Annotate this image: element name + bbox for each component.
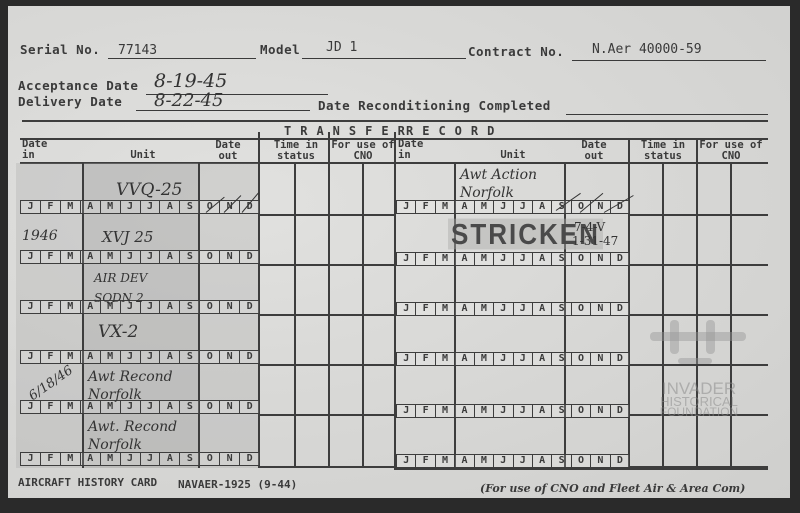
delivery-label: Delivery Date <box>18 94 122 109</box>
transfer-title-right: RECORD <box>406 124 503 138</box>
strike-date-1: 7-4-V <box>574 220 605 234</box>
row-sep-left-2 <box>258 264 394 266</box>
strike-date-2: 1-31-47 <box>572 234 618 248</box>
header-cno-right: For use of CNO <box>698 140 764 162</box>
month-strip-right-5: JFMAMJJASOND <box>396 404 630 418</box>
header-date-out-left: Date out <box>208 140 248 162</box>
month-strip-left-6: JFMAMJJASOND <box>20 452 260 466</box>
form-number: NAVAER-1925 (9-44) <box>178 478 297 491</box>
acceptance-value: 8-19-45 <box>154 70 227 92</box>
right-row-1-unit: Awt Action Norfolk <box>460 166 570 202</box>
aircraft-history-card: Serial No. 77143 Model JD 1 Contract No.… <box>8 6 790 498</box>
month-strip-left-4: JFMAMJJASOND <box>20 350 260 364</box>
reconditioning-label: Date Reconditioning Completed <box>318 98 551 113</box>
form-name: AIRCRAFT HISTORY CARD <box>18 476 157 489</box>
delivery-value: 8-22-45 <box>154 90 223 111</box>
left-row-6-unit: Awt. Recond Norfolk <box>88 418 188 454</box>
contract-value: N.Aer 40000-59 <box>592 42 702 57</box>
left-row-3-unit: AIR DEV SQDN 2 <box>94 268 174 308</box>
row-sep-right-2 <box>628 264 768 266</box>
vline-left-time-end <box>328 132 330 468</box>
left-row-2-date-in: 1946 <box>22 228 58 244</box>
row-sep-left-5 <box>258 414 394 416</box>
header-time-status-right: Time in status <box>630 140 696 162</box>
airplane-watermark-icon <box>648 316 748 366</box>
header-unit-right: Unit <box>458 150 568 161</box>
row-sep-left-6 <box>258 466 394 468</box>
header-cno-left: For use of CNO <box>330 140 396 162</box>
contract-label: Contract No. <box>468 44 564 59</box>
serial-underline <box>108 58 256 59</box>
header-unit-left: Unit <box>88 150 198 161</box>
title-top-rule <box>22 120 768 122</box>
header-date-in-left: Date in <box>22 139 52 161</box>
header-date-in-right: Date in <box>398 139 428 161</box>
footer-note: (For use of CNO and Fleet Air & Area Com… <box>480 482 745 495</box>
model-value: JD 1 <box>326 40 357 55</box>
row-sep-right-1 <box>628 214 768 216</box>
left-row-2-unit: XVJ 25 <box>102 228 153 246</box>
header-date-out-right: Date out <box>574 140 614 162</box>
model-underline <box>302 58 466 59</box>
serial-label: Serial No. <box>20 42 100 57</box>
left-row-1-unit: VVQ-25 <box>116 180 183 200</box>
month-strip-right-4: JFMAMJJASOND <box>396 352 630 366</box>
model-label: Model <box>260 42 300 57</box>
month-strip-right-1: JFMAMJJASOND <box>396 200 630 214</box>
month-strip-right-3: JFMAMJJASOND <box>396 302 630 316</box>
row-sep-left-1 <box>258 214 394 216</box>
left-row-4-unit: VX-2 <box>98 322 138 342</box>
row-sep-left-3 <box>258 314 394 316</box>
header-time-status-left: Time in status <box>262 140 330 162</box>
month-strip-left-2: JFMAMJJASOND <box>20 250 260 264</box>
row-sep-left-4 <box>258 364 394 366</box>
reconditioning-underline <box>566 114 768 115</box>
month-strip-right-2: JFMAMJJASOND <box>396 252 630 266</box>
contract-underline <box>572 60 766 61</box>
watermark-line3: FOUNDATION <box>648 406 750 418</box>
month-strip-right-6: JFMAMJJASOND <box>396 454 630 468</box>
acceptance-label: Acceptance Date <box>18 78 138 93</box>
table-bottom-rule-right <box>394 468 768 470</box>
left-row-5-unit: Awt Recond Norfolk <box>88 368 188 404</box>
serial-value: 77143 <box>118 43 157 58</box>
